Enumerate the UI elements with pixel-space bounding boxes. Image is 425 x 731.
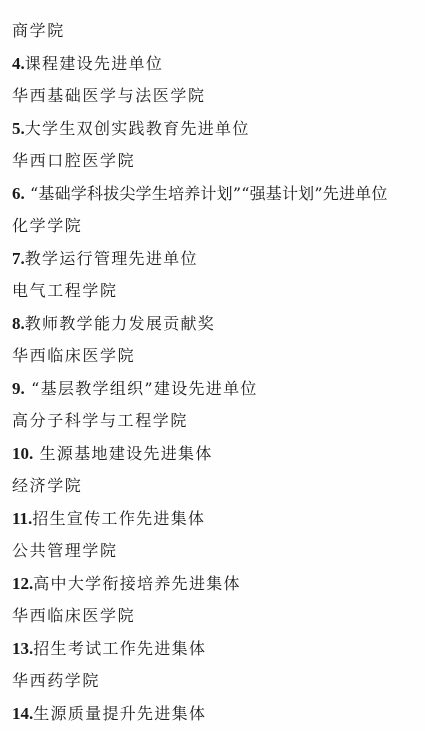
unit-line: 电气工程学院 xyxy=(12,275,425,308)
award-number: 4. xyxy=(12,54,25,73)
award-heading: 5.大学生双创实践教育先进单位 xyxy=(12,113,425,146)
award-number: 11. xyxy=(12,509,32,528)
award-title: 高中大学衔接培养先进集体 xyxy=(33,574,241,593)
award-number: 5. xyxy=(12,119,25,138)
award-number: 12. xyxy=(12,574,33,593)
award-number: 10. xyxy=(12,444,33,463)
award-heading: 4.课程建设先进单位 xyxy=(12,48,425,81)
award-title: 教师教学能力发展贡献奖 xyxy=(25,314,215,333)
unit-line: 华西临床医学院 xyxy=(12,340,425,373)
unit-line: 华西口腔医学院 xyxy=(12,145,425,178)
award-title: 课程建设先进单位 xyxy=(25,54,163,73)
unit-name: 华西药学院 xyxy=(12,671,100,690)
award-title: “基础学科拔尖学生培养计划”“强基计划”先进单位 xyxy=(25,184,388,203)
award-number: 9. xyxy=(12,379,25,398)
unit-line: 经济学院 xyxy=(12,470,425,503)
unit-name: 经济学院 xyxy=(12,476,82,495)
award-heading: 8.教师教学能力发展贡献奖 xyxy=(12,308,425,341)
award-number: 14. xyxy=(12,704,33,723)
unit-name: 华西临床医学院 xyxy=(12,606,135,625)
award-title: 大学生双创实践教育先进单位 xyxy=(25,119,250,138)
unit-line: 华西基础医学与法医学院 xyxy=(12,80,425,113)
unit-name: 华西口腔医学院 xyxy=(12,151,135,170)
award-heading: 12.高中大学衔接培养先进集体 xyxy=(12,568,425,601)
award-heading: 11.招生宣传工作先进集体 xyxy=(12,503,425,536)
award-title: 教学运行管理先进单位 xyxy=(25,249,198,268)
award-heading: 14.生源质量提升先进集体 xyxy=(12,698,425,731)
unit-name: 化学学院 xyxy=(12,216,82,235)
unit-line: 华西临床医学院 xyxy=(12,600,425,633)
award-title: 生源质量提升先进集体 xyxy=(33,704,206,723)
unit-name: 华西临床医学院 xyxy=(12,346,135,365)
award-title: 生源基地建设先进集体 xyxy=(33,444,212,463)
award-heading: 6. “基础学科拔尖学生培养计划”“强基计划”先进单位 xyxy=(12,178,425,211)
award-heading: 10. 生源基地建设先进集体 xyxy=(12,438,425,471)
award-number: 6. xyxy=(12,184,25,203)
award-list: 商学院 4.课程建设先进单位 华西基础医学与法医学院 5.大学生双创实践教育先进… xyxy=(12,15,425,730)
award-number: 8. xyxy=(12,314,25,333)
award-number: 7. xyxy=(12,249,25,268)
unit-line: 华西药学院 xyxy=(12,665,425,698)
unit-line: 公共管理学院 xyxy=(12,535,425,568)
unit-name: 公共管理学院 xyxy=(12,541,118,560)
unit-name: 华西基础医学与法医学院 xyxy=(12,86,206,105)
award-heading: 7.教学运行管理先进单位 xyxy=(12,243,425,276)
unit-name: 电气工程学院 xyxy=(12,281,118,300)
award-title: “基层教学组织”建设先进单位 xyxy=(25,379,258,398)
unit-line: 高分子科学与工程学院 xyxy=(12,405,425,438)
award-heading: 13.招生考试工作先进集体 xyxy=(12,633,425,666)
unit-line: 商学院 xyxy=(12,15,425,48)
award-title: 招生考试工作先进集体 xyxy=(33,639,206,658)
award-number: 13. xyxy=(12,639,33,658)
unit-name: 高分子科学与工程学院 xyxy=(12,411,188,430)
document-page: 商学院 4.课程建设先进单位 华西基础医学与法医学院 5.大学生双创实践教育先进… xyxy=(0,0,425,731)
unit-line: 化学学院 xyxy=(12,210,425,243)
unit-name: 商学院 xyxy=(12,21,65,40)
award-heading: 9. “基层教学组织”建设先进单位 xyxy=(12,373,425,406)
award-title: 招生宣传工作先进集体 xyxy=(32,509,205,528)
